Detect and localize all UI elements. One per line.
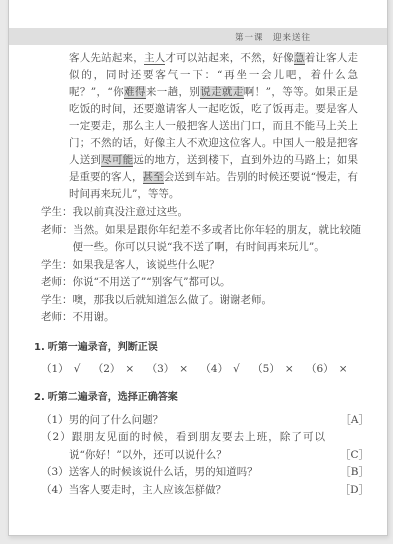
exercise-1-number: 1.	[34, 342, 45, 353]
vocabulary-term: 甚至	[143, 171, 164, 184]
question-row: （1）男的问了什么问题？ ［A］	[41, 412, 369, 430]
question-row: （3）送客人的时候该说什么话，男的知道吗？ ［B］	[41, 464, 369, 482]
vocabulary-term: 说走就走	[200, 86, 244, 99]
dialogue-text: 如果我是客人，该说些什么呢？	[73, 259, 220, 271]
exercise-2-title: 听第二遍录音，选择正确答案	[48, 392, 178, 403]
answer-letter: ［C］	[340, 447, 369, 465]
vocabulary-term: 主人	[144, 52, 165, 65]
lesson-header-title: 第一课 迎来送往	[235, 31, 311, 43]
textbook-page: 第一课 迎来送往 客人先站起来，主人才可以站起来，不然，好像急着让客人走似的，同…	[8, 0, 388, 536]
question-text: 男的问了什么问题？	[69, 414, 164, 426]
answer-mark: ×	[179, 363, 188, 375]
exercise-1-title: 听第一遍录音，判断正误	[48, 342, 158, 353]
speaker-label: 老师：	[41, 224, 73, 236]
answer-letter: ［B］	[340, 464, 369, 482]
question-text: 送客人的时候该说什么话，男的知道吗？	[69, 466, 258, 478]
answer-mark: √	[74, 363, 81, 375]
dialogue-line: 学生：噢，那我以后就知道怎么做了。谢谢老师。	[41, 292, 361, 310]
exercise-2-questions: （1）男的问了什么问题？ ［A］ （2）跟朋友见面的时候，看到朋友要去上班，除了…	[41, 412, 369, 500]
dialogue-line: 学生：我以前真没注意过这些。	[41, 204, 361, 222]
answer-number: （1）	[41, 363, 69, 375]
dialogue-text: 不用谢。	[73, 311, 115, 323]
dialogue-text: 当然。如果是跟你年纪差不多或者比你年轻的朋友，就比较随便一些。你可以只说“我不送…	[73, 224, 362, 254]
answer-item: （4）√	[200, 361, 239, 377]
page-content: 客人先站起来，主人才可以站起来，不然，好像急着让客人走似的，同时还要客气一下：“…	[9, 50, 387, 499]
speaker-label: 老师：	[41, 311, 73, 323]
speaker-label: 老师：	[41, 276, 73, 288]
dialogue-line: 老师：不用谢。	[41, 309, 361, 327]
dialogue-text: 噢，那我以后就知道怎么做了。谢谢老师。	[73, 294, 273, 306]
dialogue-line: 学生：如果我是客人，该说些什么呢？	[41, 257, 361, 275]
exercise-2-heading: 2.听第二遍录音，选择正确答案	[34, 390, 387, 406]
speaker-label: 学生：	[41, 206, 73, 218]
page-number: 3	[9, 489, 387, 499]
answer-mark: ×	[339, 363, 348, 375]
exercise-1-answers: （1）√ （2）× （3）× （4）√ （5）× （6）×	[41, 361, 387, 377]
answer-mark: ×	[285, 363, 294, 375]
teacher-paragraph: 客人先站起来，主人才可以站起来，不然，好像急着让客人走似的，同时还要客气一下：“…	[69, 50, 358, 203]
answer-number: （4）	[200, 363, 228, 375]
answer-item: （5）×	[252, 361, 294, 377]
dialogue-line: 老师：当然。如果是跟你年纪差不多或者比你年轻的朋友，就比较随便一些。你可以只说“…	[41, 222, 361, 257]
answer-number: （6）	[306, 363, 334, 375]
paragraph-text: 客人先站起来，	[69, 52, 144, 64]
question-text: 跟朋友见面的时候，看到朋友要去上班，除了可以说“你好！”以外，还可以说什么？	[69, 431, 325, 461]
page-header-band: 第一课 迎来送往	[9, 28, 387, 45]
dialogue: 学生：我以前真没注意过这些。 老师：当然。如果是跟你年纪差不多或者比你年轻的朋友…	[41, 204, 361, 327]
answer-number: （5）	[252, 363, 280, 375]
question-number: （1）	[41, 414, 69, 426]
speaker-label: 学生：	[41, 294, 73, 306]
dialogue-text: 你说“不用送了”“别客气”都可以。	[73, 276, 231, 288]
answer-number: （2）	[93, 363, 121, 375]
exercise-2-number: 2.	[34, 392, 45, 403]
question-number: （3）	[41, 466, 69, 478]
answer-mark: ×	[125, 363, 134, 375]
question-number: （2）	[41, 431, 72, 443]
dialogue-text: 我以前真没注意过这些。	[73, 206, 189, 218]
paragraph-text: 来一趟，别	[146, 86, 200, 98]
vocabulary-term: 尽可能	[101, 154, 133, 167]
vocabulary-term: 难得	[124, 86, 146, 99]
exercise-1-heading: 1.听第一遍录音，判断正误	[34, 340, 387, 356]
answer-letter: ［A］	[340, 412, 369, 430]
dialogue-line: 老师：你说“不用送了”“别客气”都可以。	[41, 274, 361, 292]
paragraph-text: 才可以站起来，不然，好像	[165, 52, 294, 64]
answer-item: （2）×	[93, 361, 135, 377]
answer-mark: √	[233, 363, 240, 375]
answer-number: （3）	[147, 363, 175, 375]
speaker-label: 学生：	[41, 259, 73, 271]
question-row: （2）跟朋友见面的时候，看到朋友要去上班，除了可以说“你好！”以外，还可以说什么…	[41, 429, 369, 464]
answer-item: （6）×	[306, 361, 348, 377]
vocabulary-term: 急	[294, 52, 305, 65]
answer-item: （1）√	[41, 361, 80, 377]
answer-item: （3）×	[147, 361, 189, 377]
